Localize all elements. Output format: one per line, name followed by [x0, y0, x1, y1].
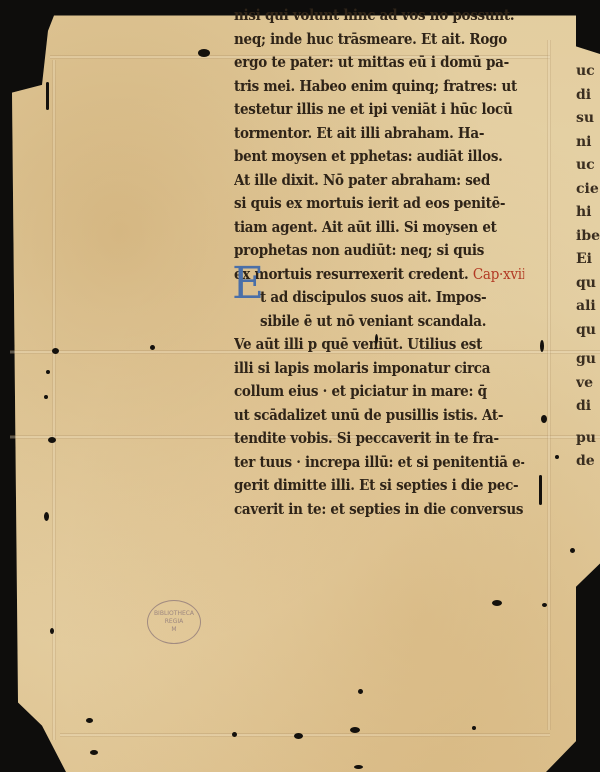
worm-hole: [350, 727, 360, 733]
fragment-line: su: [576, 107, 600, 131]
fragment-line: gu: [576, 348, 600, 372]
illuminated-initial: E: [232, 262, 266, 306]
library-stamp: BIBLIOTHECA REGIA M: [147, 600, 201, 644]
text-line: ergo te pater: ut mittas eū i domū pa-: [234, 51, 524, 75]
chapter-rubric: Cap·xvii: [473, 267, 524, 283]
worm-hole: [542, 603, 547, 607]
stamp-text: BIBLIOTHECA: [154, 610, 194, 618]
text-line: ut scādalizet unū de pusillis istis. At-: [234, 404, 524, 428]
fragment-line: qu: [576, 272, 600, 296]
fragment-line: uc: [576, 154, 600, 178]
stamp-text: REGIA: [165, 618, 183, 626]
text-line: nisi qui volunt hinc ad vos no possunt.: [234, 4, 524, 28]
text-line: bent moysen et pphetas: audiāt illos.: [234, 145, 524, 169]
adjacent-column-fragment: uc di su ni uc cie hi ibe Ei qu ali qu g…: [576, 60, 600, 474]
worm-hole: [52, 348, 59, 354]
worm-hole: [570, 548, 575, 553]
text-line: collum eius · et piciatur in mare: q̄: [234, 380, 524, 404]
worm-hole: [492, 600, 502, 606]
text-line: tendite vobis. Si peccaverit in te fra-: [234, 427, 524, 451]
fragment-line: di: [576, 395, 600, 419]
stamp-text: M: [171, 626, 176, 634]
fragment-line: ni: [576, 131, 600, 155]
text-line: prophetas non audiūt: neq; si quis: [234, 239, 524, 263]
worm-hole: [46, 82, 49, 110]
text-line-with-rubric: ex mortuis resurrexerit credent. Cap·xvi…: [234, 263, 524, 287]
text-line: gerit dimitte illi. Et si septies i die …: [234, 474, 524, 498]
worm-hole: [539, 475, 542, 505]
worm-hole: [540, 340, 544, 352]
fragment-line: hi: [576, 201, 600, 225]
worm-hole: [198, 49, 210, 57]
main-text-column: nisi qui volunt hinc ad vos no possunt. …: [234, 4, 546, 521]
worm-hole: [150, 345, 155, 350]
worm-hole: [358, 689, 363, 694]
text-line: ex mortuis resurrexerit credent.: [234, 266, 468, 283]
text-line: tris mei. Habeo enim quinq; fratres: ut: [234, 75, 524, 99]
fragment-line: di: [576, 84, 600, 108]
worm-hole: [50, 628, 54, 634]
worm-hole: [472, 726, 476, 730]
fragment-line: ali: [576, 295, 600, 319]
text-line: tormentor. Et ait illi abraham. Ha-: [234, 122, 524, 146]
worm-hole: [86, 718, 93, 723]
text-line: t ad discipulos suos ait. Impos-: [234, 286, 524, 310]
fold-line-left: [52, 60, 56, 740]
fragment-line: ibe: [576, 225, 600, 249]
fold-line-bottom: [60, 733, 550, 737]
fragment-line: qu: [576, 319, 600, 343]
fragment-line: cie: [576, 178, 600, 202]
text-line: At ille dixit. Nō pater abraham: sed: [234, 169, 524, 193]
fragment-line: uc: [576, 60, 600, 84]
text-line: illi si lapis molaris imponatur circa: [234, 357, 524, 381]
text-line: caverit in te: et septies in die convers…: [234, 498, 524, 522]
text-line: tiam agent. Ait aūt illi. Si moysen et: [234, 216, 524, 240]
worm-hole: [90, 750, 98, 755]
worm-hole: [46, 370, 50, 374]
worm-hole: [44, 395, 48, 399]
fragment-line: pu: [576, 427, 600, 451]
text-line: si quis ex mortuis ierit ad eos penitē-: [234, 192, 524, 216]
worm-hole: [232, 732, 237, 737]
fold-line-right: [547, 40, 551, 730]
worm-hole: [555, 455, 559, 459]
worm-hole: [48, 437, 56, 443]
fragment-line: de: [576, 450, 600, 474]
text-line: ter tuus · increpa illū: et si penitenti…: [234, 451, 524, 475]
worm-hole: [375, 334, 378, 344]
fragment-line: ve: [576, 372, 600, 396]
text-line: testetur illis ne et ipi veniāt i hūc lo…: [234, 98, 524, 122]
worm-hole: [354, 765, 363, 769]
worm-hole: [541, 415, 547, 423]
text-line: sibile ē ut nō veniant scandala.: [234, 310, 524, 334]
text-line: Ve aūt illi p quē veniūt. Utilius est: [234, 333, 524, 357]
text-line: neq; inde huc trāsmeare. Et ait. Rogo: [234, 28, 524, 52]
worm-hole: [44, 512, 49, 521]
fragment-line: Ei: [576, 248, 600, 272]
worm-hole: [294, 733, 303, 739]
